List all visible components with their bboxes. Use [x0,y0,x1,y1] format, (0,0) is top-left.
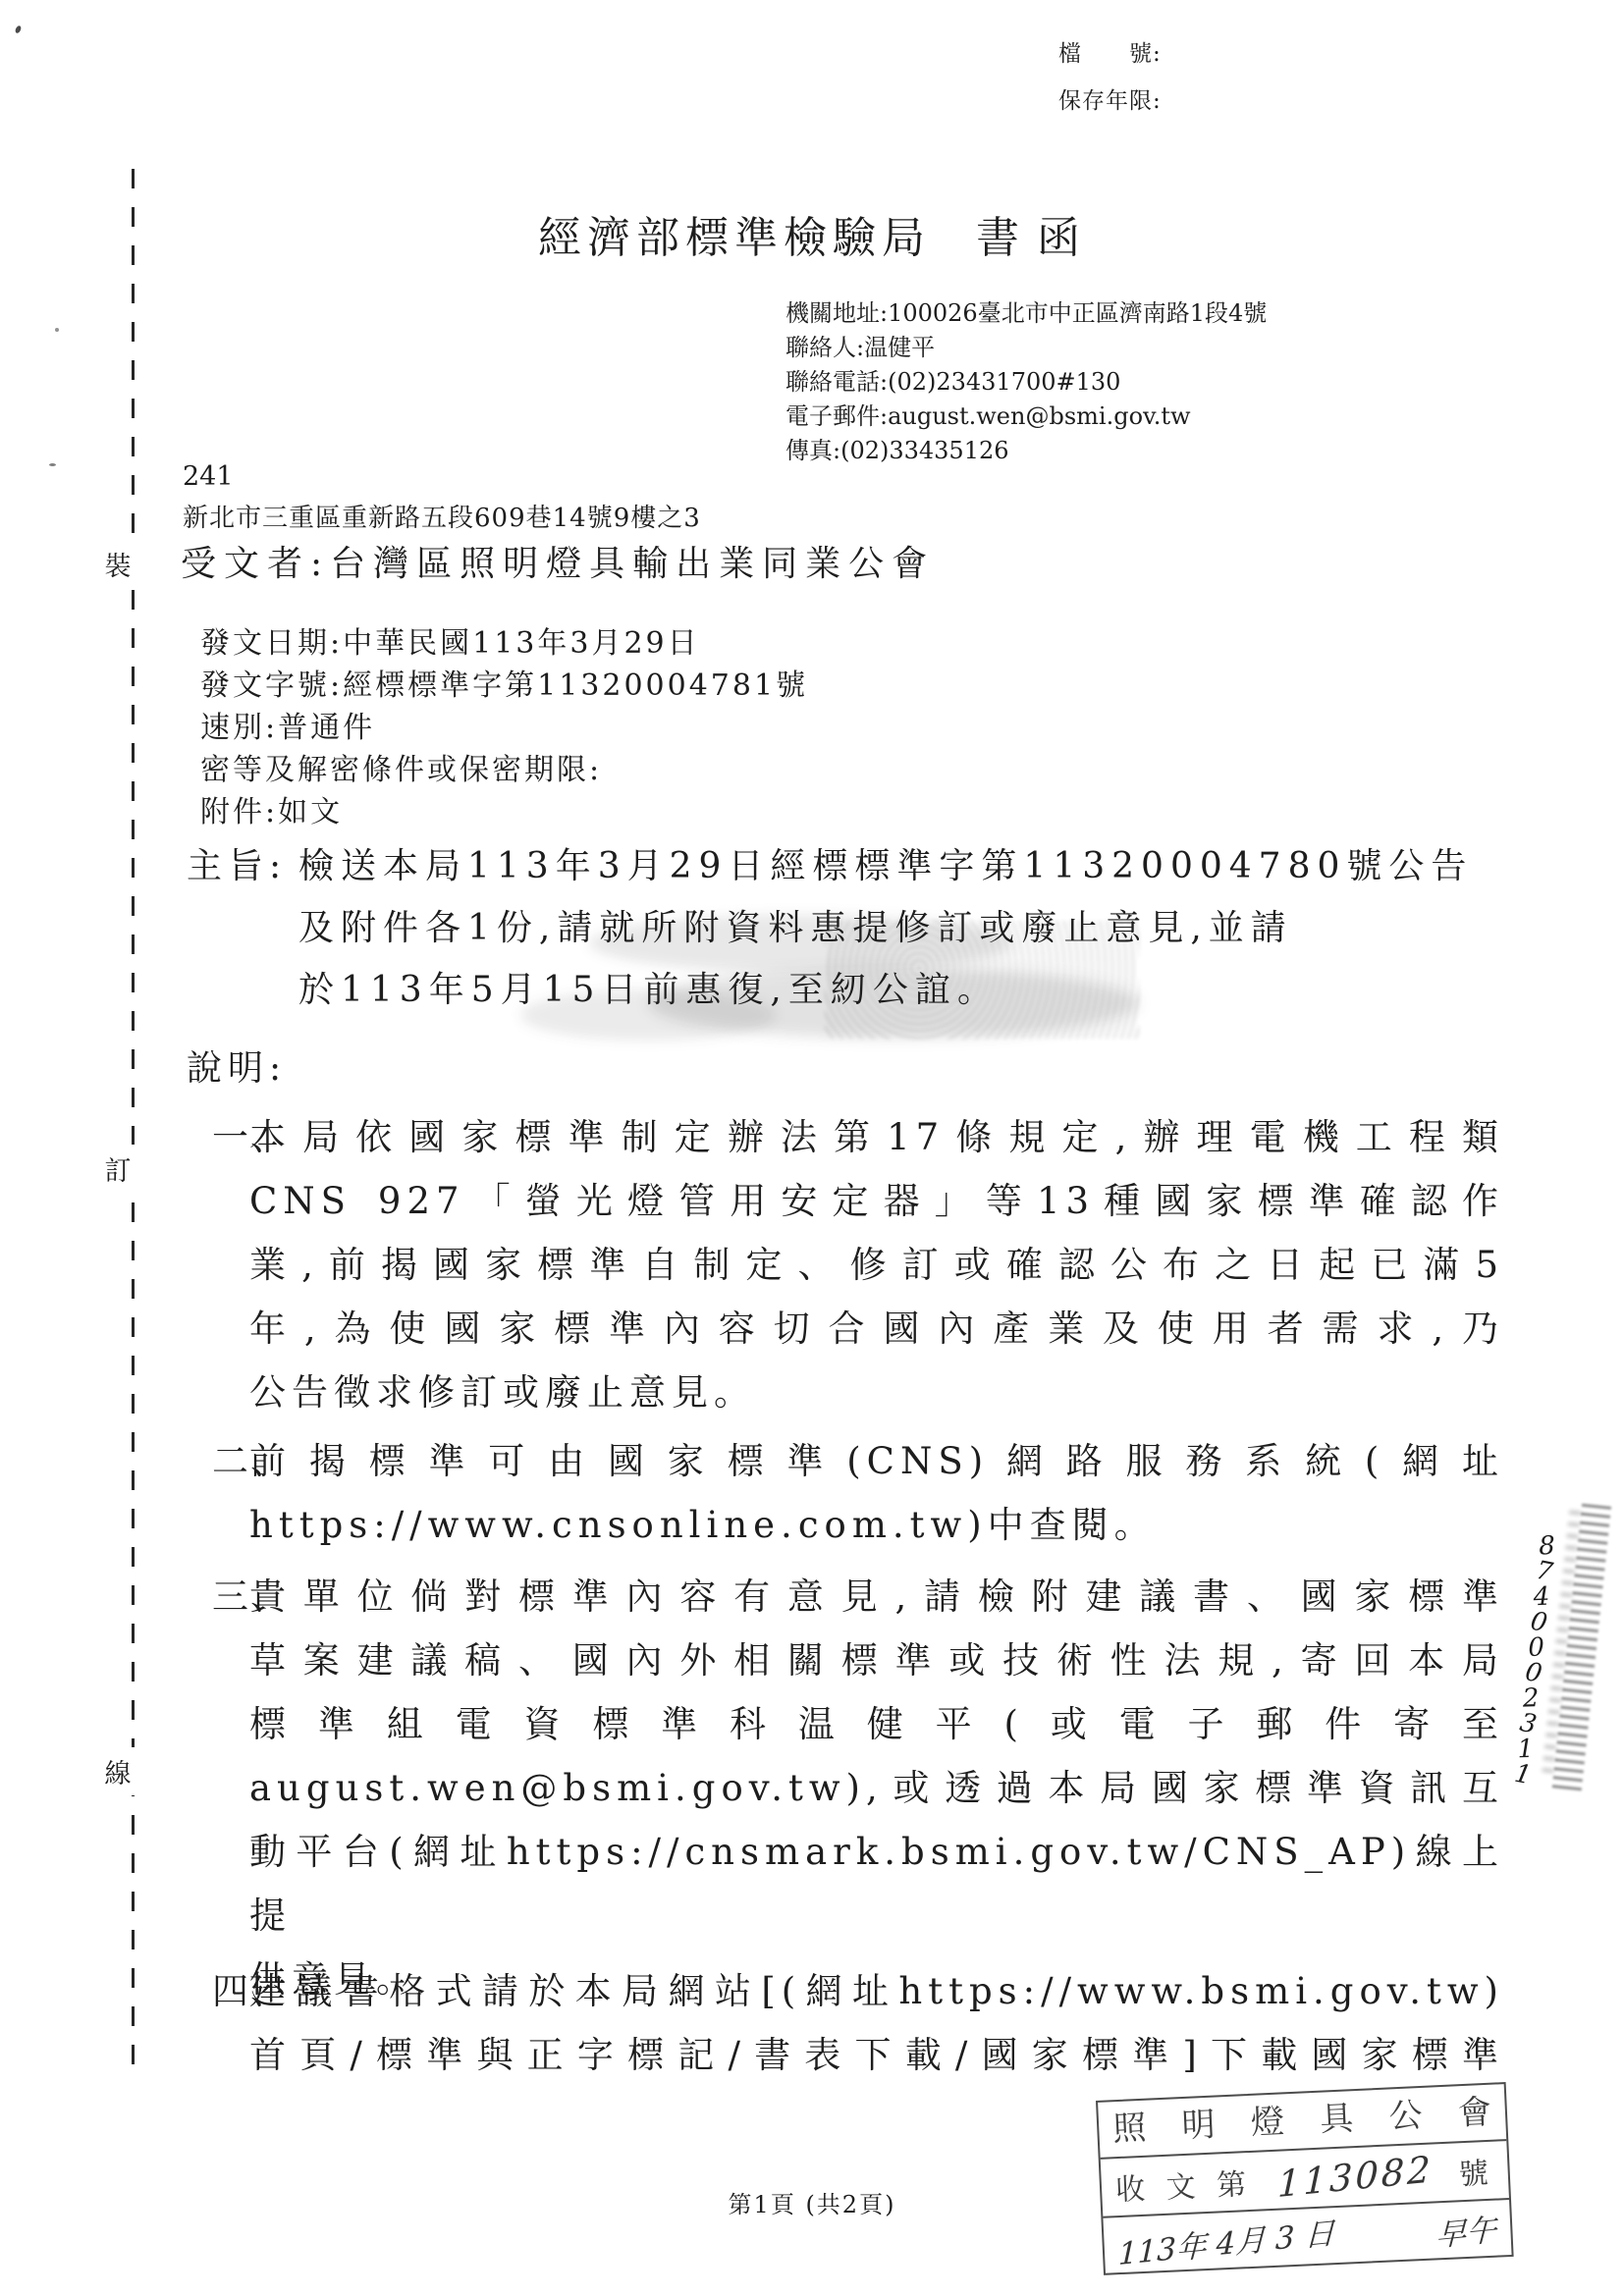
item-number: 一、 [212,1105,289,1169]
body-line: 公告徵求修訂或廢止意見。 [249,1361,1504,1424]
explanation-item-2: 二、 前揭標準可由國家標準(CNS)網路服務系統(網址https://www.c… [212,1429,1504,1557]
contact-line: 傳真:(02)33435126 [785,434,1267,468]
meta-line: 發文日期:中華民國113年3月29日 [200,622,808,665]
receipt-time-note: 早午 [1435,2204,1497,2254]
body-line: 首頁/標準與正字標記/書表下載/國家標準]下載國家標準 [249,2023,1504,2087]
receipt-number-suffix: 號 [1458,2149,1495,2194]
meta-line: 發文字號:經標標準字第11320004781號 [200,665,808,707]
receipt-stamp: 照明燈具公會 收 文 第 113082 號 113年 4月 3 日 早午 [1096,2082,1514,2275]
side-registry-stamp: 8740002311 [1505,1499,1611,1792]
body-line: 貴單位倘對標準內容有意見,請檢附建議書、國家標準 [249,1565,1504,1629]
explanation-item-3: 三、 貴單位倘對標準內容有意見,請檢附建議書、國家標準草案建議稿、國內外相關標準… [212,1565,1504,2011]
meta-line: 附件:如文 [200,791,808,833]
dispatch-meta-block: 發文日期:中華民國113年3月29日發文字號:經標標準字第11320004781… [200,622,808,833]
retention-period-label: 保存年限: [1058,82,1162,115]
archive-number-label: 檔 號: [1058,35,1162,68]
handwritten-digit: 4 [1529,1584,1555,1611]
document-page: 檔 號: 保存年限: 經濟部標準檢驗局 書函 機關地址:100026臺北市中正區… [0,0,1624,2296]
contact-line: 機關地址:100026臺北市中正區濟南路1段4號 [785,296,1267,331]
recipient-address: 新北市三重區重新路五段609巷14號9樓之3 [183,498,701,534]
handwritten-digit: 1 [1508,1760,1538,1789]
handwritten-digit: 8 [1534,1533,1560,1560]
contact-line: 聯絡電話:(02)23431700#130 [785,365,1267,400]
body-line: 本局依國家標準制定辦法第17條規定,辦理電機工程類 [249,1105,1504,1169]
item-body: 建議書格式請於本局網站[(網址https://www.bsmi.gov.tw)首… [249,1959,1504,2087]
meta-line: 速別:普通件 [200,707,808,749]
body-line: august.wen@bsmi.gov.tw),或透過本局國家標準資訊互 [249,1756,1504,1820]
document-title: 經濟部標準檢驗局 書函 [538,202,1098,265]
body-line: 動平台(網址https://cnsmark.bsmi.gov.tw/CNS_AP… [249,1820,1504,1948]
explanation-item-4: 四、 建議書格式請於本局網站[(網址https://www.bsmi.gov.t… [212,1959,1504,2087]
handwritten-digit: 0 [1523,1634,1549,1661]
document-type-label: 書函 [976,202,1098,265]
recipient-line: 受文者:台灣區照明燈具輸出業同業公會 [181,536,935,586]
binding-mark: 裝 [99,540,136,588]
binding-mark: 訂 [99,1145,136,1193]
body-line: 業,前揭國家標準自制定、修訂或確認公布之日起已滿5 [249,1233,1504,1297]
item-number: 二、 [212,1429,289,1493]
receipt-date-handwritten: 113年 4月 3 日 [1118,2208,1335,2273]
binding-mark: 線 [99,1747,136,1795]
scan-artifact-dot [15,25,23,33]
subject-block: 主旨: 檢送本局113年3月29日經標標準字第11320004780號公告及附件… [187,835,1512,1021]
item-body: 本局依國家標準制定辦法第17條規定,辦理電機工程類CNS 927「螢光燈管用安定… [249,1105,1504,1424]
body-line: CNS 927「螢光燈管用安定器」等13種國家標準確認作 [249,1169,1504,1233]
contact-line: 電子郵件:august.wen@bsmi.gov.tw [785,400,1267,434]
subject-line: 檢送本局113年3月29日經標標準字第11320004780號公告 [298,835,1512,897]
body-line: 年,為使國家標準內容切合國內產業及使用者需求,乃 [249,1297,1504,1361]
item-number: 四、 [212,1959,289,2023]
item-number: 三、 [212,1565,289,1629]
meta-line: 密等及解密條件或保密期限: [200,749,808,791]
body-line: https://www.cnsonline.com.tw)中查閱。 [249,1493,1504,1557]
recipient-postal-code: 241 [183,461,234,492]
issuing-agency-name: 經濟部標準檢驗局 [538,202,931,265]
subject-lines: 檢送本局113年3月29日經標標準字第11320004780號公告及附件各1份,… [298,835,1512,1021]
item-body: 前揭標準可由國家標準(CNS)網路服務系統(網址https://www.cnso… [249,1429,1504,1557]
subject-label: 主旨: [187,835,287,897]
scan-artifact-dot [49,463,56,466]
item-body: 貴單位倘對標準內容有意見,請檢附建議書、國家標準草案建議稿、國內外相關標準或技術… [249,1565,1504,2011]
scan-artifact-dot [55,328,59,332]
handwritten-digit: 2 [1518,1685,1544,1712]
handwritten-digit: 1 [1512,1736,1539,1763]
body-line: 草案建議稿、國內外相關標準或技術性法規,寄回本局 [249,1629,1504,1692]
agency-contact-block: 機關地址:100026臺北市中正區濟南路1段4號聯絡人:温健平聯絡電話:(02)… [785,296,1267,468]
body-line: 建議書格式請於本局網站[(網址https://www.bsmi.gov.tw) [249,1959,1504,2023]
subject-line: 於113年5月15日前惠復,至紉公誼。 [298,959,1512,1021]
body-line: 前揭標準可由國家標準(CNS)網路服務系統(網址 [249,1429,1504,1493]
subject-line: 及附件各1份,請就所附資料惠提修訂或廢止意見,並請 [298,897,1512,959]
receipt-number-handwritten: 113082 [1277,2148,1435,2206]
receipt-number-prefix: 收 文 第 [1114,2160,1253,2209]
contact-line: 聯絡人:温健平 [785,331,1267,365]
explanation-item-1: 一、 本局依國家標準制定辦法第17條規定,辦理電機工程類CNS 927「螢光燈管… [212,1105,1504,1424]
explanation-label: 說明: [187,1041,287,1091]
body-line: 標準組電資標準科温健平(或電子郵件寄至 [249,1692,1504,1756]
